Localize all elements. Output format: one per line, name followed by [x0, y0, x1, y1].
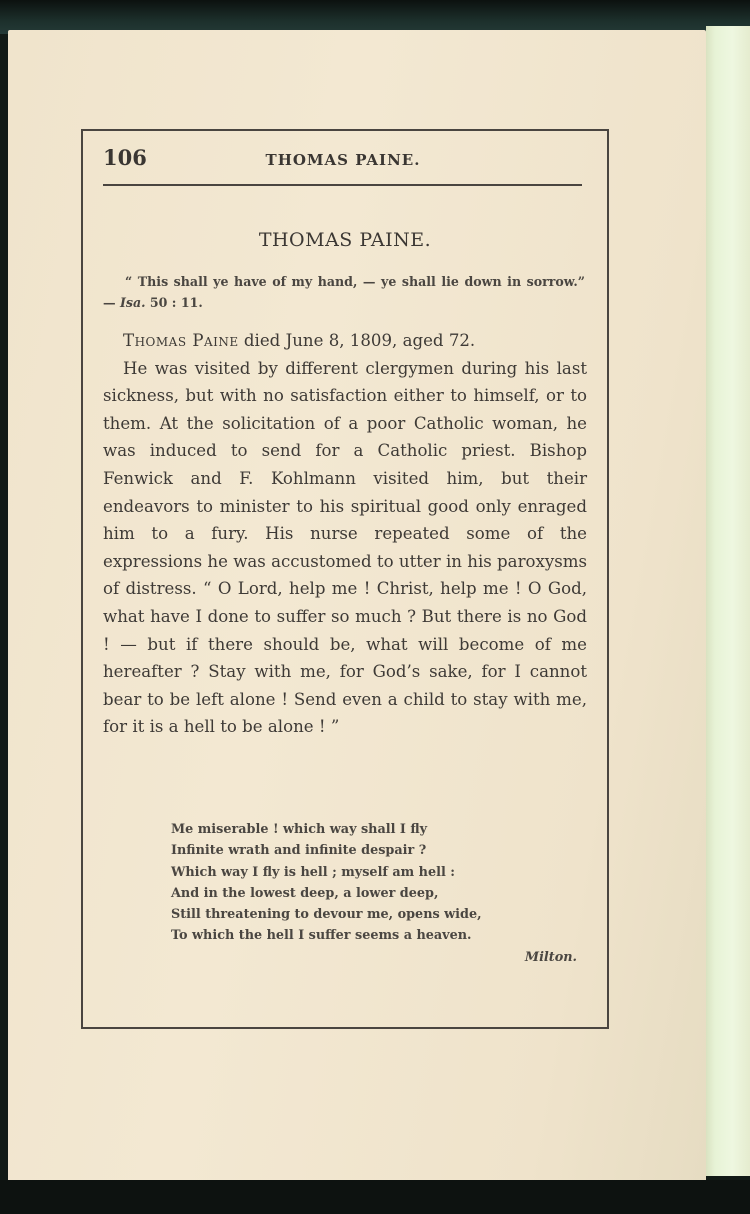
poem-line: Me miserable ! which way shall I fly — [171, 819, 583, 840]
poem-line: Which way I fly is hell ; myself am hell… — [171, 862, 583, 883]
book-page: 106 THOMAS PAINE. THOMAS PAINE. “ This s… — [8, 30, 706, 1186]
poem-quotation: Me miserable ! which way shall I fly Inf… — [171, 819, 583, 968]
epigraph-source-ref: 50 : 11. — [146, 295, 203, 310]
chapter-title: THOMAS PAINE. — [83, 229, 607, 251]
book-cover-top — [0, 0, 750, 34]
epigraph: “ This shall ye have of my hand, — ye sh… — [103, 271, 585, 313]
poem-line: And in the lowest deep, a lower deep, — [171, 883, 583, 904]
body-text: Thomas Paine died June 8, 1809, aged 72.… — [103, 327, 587, 741]
running-head-title: THOMAS PAINE. — [103, 151, 583, 169]
epigraph-source-book: Isa. — [120, 295, 146, 310]
paragraph-2: He was visited by different clergymen du… — [103, 355, 587, 741]
poem-attribution: Milton. — [171, 947, 577, 968]
text-frame: 106 THOMAS PAINE. THOMAS PAINE. “ This s… — [81, 129, 609, 1029]
poem-line: Still threatening to devour me, opens wi… — [171, 904, 583, 925]
page-edges — [706, 26, 750, 1176]
poem-line: Infinite wrath and infinite despair ? — [171, 840, 583, 861]
running-head: 106 THOMAS PAINE. — [103, 145, 583, 175]
subject-name: Thomas Paine — [123, 331, 239, 350]
paragraph-1-text: died June 8, 1809, aged 72. — [239, 331, 476, 350]
paragraph-1: Thomas Paine died June 8, 1809, aged 72. — [103, 327, 587, 355]
poem-line: To which the hell I suffer seems a heave… — [171, 925, 583, 946]
header-rule — [103, 184, 582, 186]
book-cover-bottom — [0, 1180, 750, 1214]
